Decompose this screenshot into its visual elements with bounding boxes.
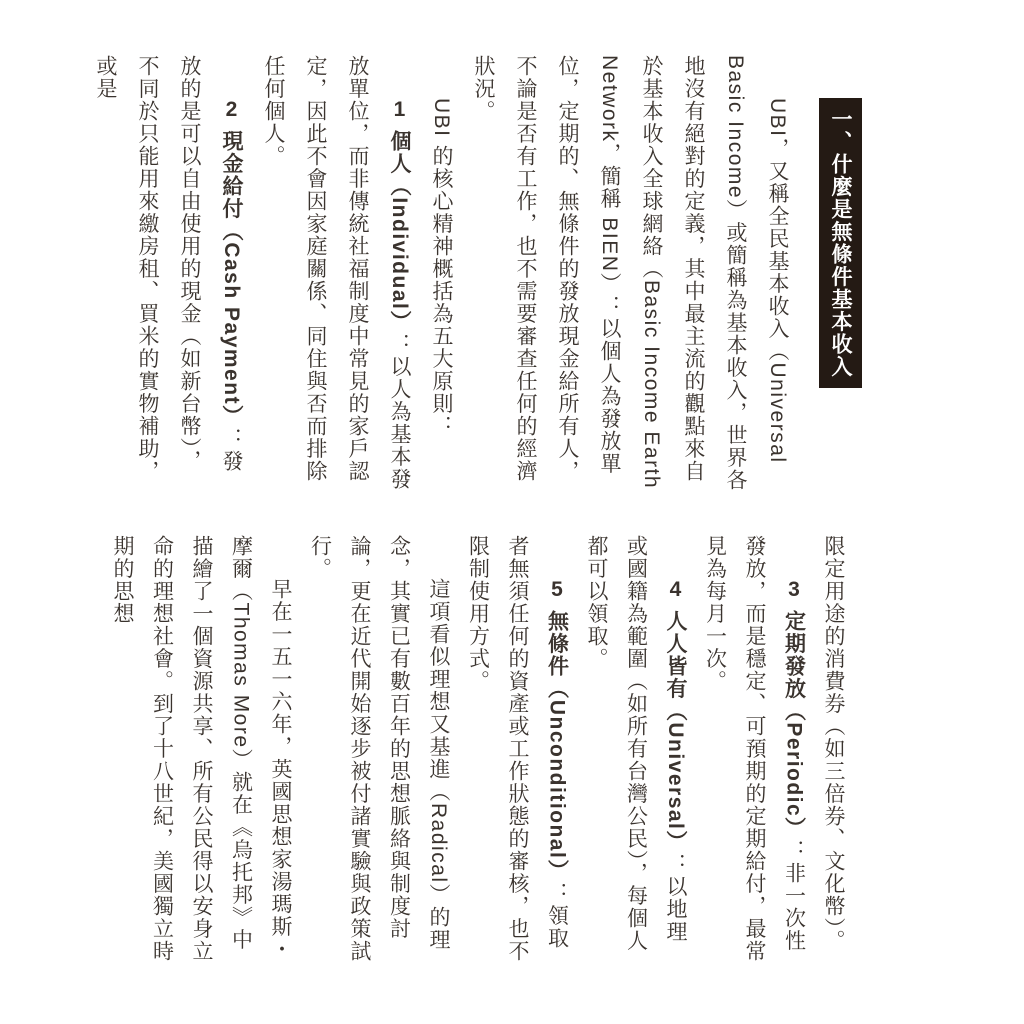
paragraphs-top: UBI，又稱全民基本收入（Universal Basic Income）或簡稱為… [84, 55, 798, 492]
text-segment: UBI，又稱全民基本收入（Universal Basic Income）或簡稱為… [472, 55, 789, 492]
principle-label: 2 [220, 98, 243, 123]
principle-label: 人人皆有（Universal） [664, 603, 687, 853]
bottom-paragraph-4: 5 無條件（Unconditional）：領取者無須任何的資產或工作狀態的審核，… [458, 535, 577, 963]
bottom-paragraph-3: 4 人人皆有（Universal）：以地理或國籍為範圍（如所有台灣公民），每個人… [577, 535, 696, 963]
principle-label: 5 [546, 578, 569, 603]
bottom-paragraph-5: 這項看似理想又基進（Radical）的理念，其實已有數百年的思想脈絡與制度討論，… [300, 535, 458, 963]
book-page: 一、什麼是無條件基本收入 UBI，又稱全民基本收入（Universal Basi… [0, 0, 1024, 1024]
principle-label: 現金給付（Cash Payment） [220, 123, 243, 428]
principle-label: 3 [783, 578, 806, 603]
top-paragraph-4: 2 現金給付（Cash Payment）：發放的是可以自由使用的現金（如新台幣）… [84, 55, 252, 492]
top-paragraph-1: UBI，又稱全民基本收入（Universal Basic Income）或簡稱為… [462, 55, 798, 492]
principle-label: 無條件（Unconditional） [546, 603, 569, 882]
paragraphs-bottom: 限定用途的消費券（如三倍券、文化幣）。3 定期發放（Periodic）：非一次性… [103, 535, 854, 963]
principle-label: 4 [664, 578, 687, 603]
principle-label: 個人（Individual） [388, 123, 411, 333]
chapter-title-text: 一、什麼是無條件基本收入 [819, 98, 862, 388]
chapter-title: 一、什麼是無條件基本收入 [818, 55, 862, 492]
principle-label: 1 [388, 98, 411, 123]
text-segment: UBI 的核心精神概括為五大原則： [430, 98, 453, 437]
top-paragraph-3: 1 個人（Individual）：以人為基本發放單位，而非傳統社福制度中常見的家… [252, 55, 420, 492]
principle-label: 定期發放（Periodic） [783, 603, 806, 840]
section-top: 一、什麼是無條件基本收入 UBI，又稱全民基本收入（Universal Basi… [84, 55, 862, 492]
bottom-paragraph-1: 限定用途的消費券（如三倍券、文化幣）。 [814, 535, 854, 963]
text-segment: 早在一五一六年，英國思想家湯瑪斯・摩爾（Thomas More）就在《烏托邦》中… [111, 535, 292, 963]
bottom-paragraph-6: 早在一五一六年，英國思想家湯瑪斯・摩爾（Thomas More）就在《烏托邦》中… [103, 535, 301, 963]
text-segment: 限定用途的消費券（如三倍券、文化幣）。 [822, 535, 845, 952]
section-bottom: 限定用途的消費券（如三倍券、文化幣）。3 定期發放（Periodic）：非一次性… [103, 535, 854, 963]
top-paragraph-2: UBI 的核心精神概括為五大原則： [420, 55, 462, 492]
bottom-paragraph-2: 3 定期發放（Periodic）：非一次性發放，而是穩定、可預期的定期給付，最常… [695, 535, 814, 963]
text-segment: 這項看似理想又基進（Radical）的理念，其實已有數百年的思想脈絡與制度討論，… [309, 535, 451, 963]
